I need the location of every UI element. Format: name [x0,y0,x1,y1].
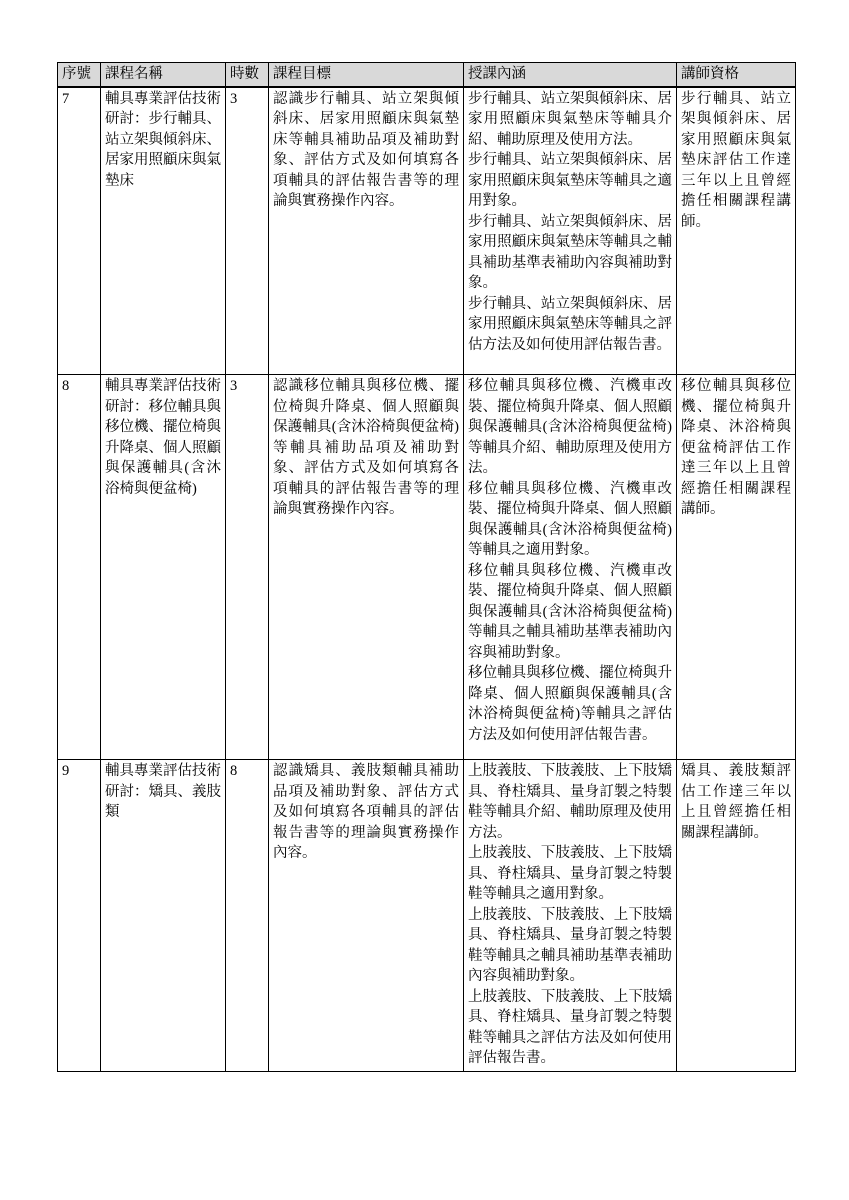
cell-qualification: 移位輔具與移位機、擺位椅與升降桌、沐浴椅與便盆椅評估工作達三年以上且曾經擔任相關… [677,375,796,760]
cell-number: 9 [58,760,101,1072]
cell-content: 移位輔具與移位機、汽機車改裝、擺位椅與升降桌、個人照顧與保護輔具(含沐浴椅與便盆… [464,375,677,760]
header-qualification: 講師資格 [677,63,796,87]
content-paragraph: 步行輔具、站立架與傾斜床、居家用照顧床與氣墊床等輔具之評估方法及如何使用評估報告… [468,294,672,356]
cell-course-name: 輔具專業評估技術研討：矯具、義肢類 [101,760,226,1072]
cell-hours: 8 [226,760,269,1072]
cell-number: 8 [58,375,101,760]
cell-content: 上肢義肢、下肢義肢、上下肢矯具、脊柱矯具、量身訂製之特製鞋等輔具介紹、輔助原理及… [464,760,677,1072]
content-paragraph: 上肢義肢、下肢義肢、上下肢矯具、脊柱矯具、量身訂製之特製鞋等輔具之評估方法及如何… [468,987,672,1069]
document-page: 序號 課程名稱 時數 課程目標 授課內涵 講師資格 7 輔具專業評估技術研討：步… [0,0,849,1200]
header-course-name: 課程名稱 [101,63,226,87]
course-table: 序號 課程名稱 時數 課程目標 授課內涵 講師資格 7 輔具專業評估技術研討：步… [57,62,796,1072]
cell-qualification: 步行輔具、站立架與傾斜床、居家用照顧床與氣墊床評估工作達三年以上且曾經擔任相關課… [677,87,796,375]
cell-number: 7 [58,87,101,375]
table-row: 9 輔具專業評估技術研討：矯具、義肢類 8 認識矯具、義肢類輔具補助品項及補助對… [58,760,796,1072]
content-paragraph: 移位輔具與移位機、擺位椅與升降桌、個人照顧與保護輔具(含沐浴椅與便盆椅)等輔具之… [468,663,672,745]
cell-hours: 3 [226,375,269,760]
cell-course-name: 輔具專業評估技術研討：移位輔具與移位機、擺位椅與升降桌、個人照顧與保護輔具(含沐… [101,375,226,760]
cell-objective: 認識移位輔具與移位機、擺位椅與升降桌、個人照顧與保護輔具(含沐浴椅與便盆椅)等輔… [269,375,464,760]
header-number: 序號 [58,63,101,87]
content-paragraph: 上肢義肢、下肢義肢、上下肢矯具、脊柱矯具、量身訂製之特製鞋等輔具之輔具補助基準表… [468,905,672,987]
header-hours: 時數 [226,63,269,87]
content-paragraph: 步行輔具、站立架與傾斜床、居家用照顧床與氣墊床等輔具之輔具補助基準表補助內容與補… [468,212,672,294]
cell-objective: 認識步行輔具、站立架與傾斜床、居家用照顧床與氣墊床等輔具補助品項及補助對象、評估… [269,87,464,375]
table-row: 8 輔具專業評估技術研討：移位輔具與移位機、擺位椅與升降桌、個人照顧與保護輔具(… [58,375,796,760]
cell-content: 步行輔具、站立架與傾斜床、居家用照顧床與氣墊床等輔具介紹、輔助原理及使用方法。 … [464,87,677,375]
content-paragraph: 移位輔具與移位機、汽機車改裝、擺位椅與升降桌、個人照顧與保護輔具(含沐浴椅與便盆… [468,376,672,479]
cell-course-name: 輔具專業評估技術研討：步行輔具、站立架與傾斜床、居家用照顧床與氣墊床 [101,87,226,375]
content-paragraph: 步行輔具、站立架與傾斜床、居家用照顧床與氣墊床等輔具之適用對象。 [468,150,672,212]
cell-objective: 認識矯具、義肢類輔具補助品項及補助對象、評估方式及如何填寫各項輔具的評估報告書等… [269,760,464,1072]
content-paragraph: 上肢義肢、下肢義肢、上下肢矯具、脊柱矯具、量身訂製之特製鞋等輔具介紹、輔助原理及… [468,761,672,843]
cell-qualification: 矯具、義肢類評估工作達三年以上且曾經擔任相關課程講師。 [677,760,796,1072]
content-paragraph: 移位輔具與移位機、汽機車改裝、擺位椅與升降桌、個人照顧與保護輔具(含沐浴椅與便盆… [468,479,672,561]
header-content: 授課內涵 [464,63,677,87]
table-row: 7 輔具專業評估技術研討：步行輔具、站立架與傾斜床、居家用照顧床與氣墊床 3 認… [58,87,796,375]
content-paragraph: 上肢義肢、下肢義肢、上下肢矯具、脊柱矯具、量身訂製之特製鞋等輔具之適用對象。 [468,843,672,905]
content-paragraph: 步行輔具、站立架與傾斜床、居家用照顧床與氣墊床等輔具介紹、輔助原理及使用方法。 [468,89,672,151]
cell-hours: 3 [226,87,269,375]
header-objective: 課程目標 [269,63,464,87]
table-header-row: 序號 課程名稱 時數 課程目標 授課內涵 講師資格 [58,63,796,87]
content-paragraph: 移位輔具與移位機、汽機車改裝、擺位椅與升降桌、個人照顧與保護輔具(含沐浴椅與便盆… [468,561,672,664]
